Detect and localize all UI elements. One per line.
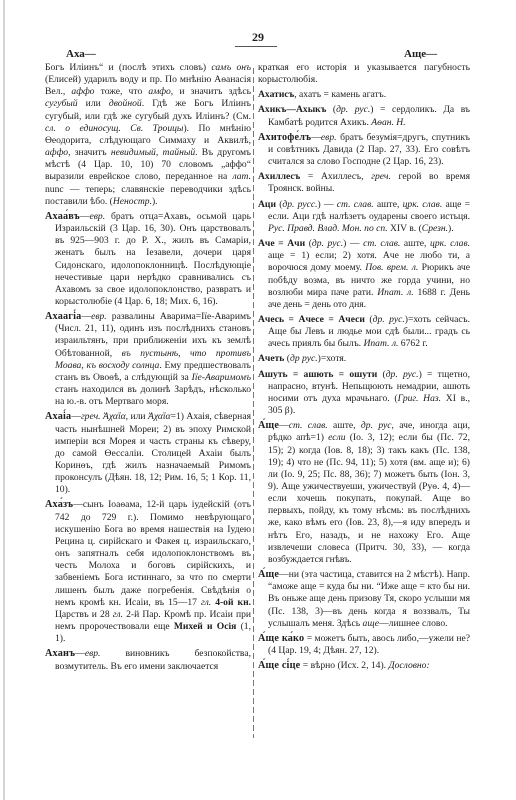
dictionary-entry: Ахаа́въ—евр. братъ отца=Ахавъ, осьмой ца… <box>45 211 251 308</box>
italic-text: др. рус. <box>336 104 370 115</box>
entry-text: XIV в. ( <box>388 223 422 234</box>
bold-text: Михей и Осія <box>174 621 237 632</box>
italic-text: сугубый <box>45 98 78 109</box>
italic-text: ст. слав. <box>337 199 374 210</box>
entry-text: ( <box>305 238 312 249</box>
entry-text: ( <box>326 104 336 115</box>
dictionary-entry: Ахаагі́а—евр. развалины Аварима=Іїе-Авар… <box>45 311 251 408</box>
page-edge <box>3 0 5 800</box>
italic-text: евр. <box>90 211 106 222</box>
headword: А́ще ка́ко <box>258 633 304 644</box>
entry-text: =1) Ахаія, сѣверная часть нынѣшней Мореи… <box>55 411 251 495</box>
entry-text: ). <box>152 196 158 207</box>
entry-text: Богъ Иліинъ“ и (послѣ этихъ словъ) <box>45 62 211 73</box>
italic-text: двойной <box>109 98 142 109</box>
italic-text: невидимый, тайный <box>111 147 195 158</box>
italic-text: аффо <box>45 147 68 158</box>
entry-text: — <box>75 648 85 659</box>
page-number-rule <box>235 46 277 47</box>
dictionary-entry: Ахикъ—Ахыкъ (др. рус.) = сердоликъ. Да в… <box>258 104 470 128</box>
entry-text: Царствъ и 28 <box>55 609 113 620</box>
entry-text: краткая его исторія и указывается пагубн… <box>258 62 470 85</box>
italic-text: др. рус. <box>386 369 419 380</box>
dictionary-entry: Ахитофе́лъ—евр. братъ безумія=другъ, спу… <box>258 132 470 168</box>
left-column: Богъ Иліинъ“ и (послѣ этихъ словъ) самъ … <box>45 62 251 673</box>
dictionary-entry: Ахиллесъ = Ахиллесъ, греч. герой во врем… <box>258 171 470 195</box>
headword: Аче = Ачи <box>258 238 305 249</box>
dictionary-entry: А́ще сі́це = вѣрно (Исх. 2, 14). Дословн… <box>258 660 470 672</box>
entry-text: 6762 г. <box>398 338 427 349</box>
headword: Аха́зъ <box>45 499 73 510</box>
dictionary-entry: А́ще—ст. слав. аште, др. рус, аче, иногд… <box>258 420 470 566</box>
entry-text: — <box>81 311 91 322</box>
italic-text: сл. о единосущ. Св. Троицы <box>45 123 183 134</box>
dictionary-entry: Аха́зъ—сынъ Іоаѳама, 12-й царь іудейскій… <box>45 499 251 645</box>
entry-text: —лишнее слово. <box>379 618 447 629</box>
italic-text: Аѳан. Н. <box>371 117 405 128</box>
italic-text: если <box>328 432 345 443</box>
dictionary-entry: Ачеть (др рус.)=хотя. <box>258 353 470 365</box>
headword: А́ще <box>258 420 279 431</box>
italic-text: гл. <box>201 597 211 608</box>
dictionary-entry: Аханъ—евр. виновникъ безпокойства, возму… <box>45 648 251 672</box>
entry-text: )=хотя. <box>318 353 347 364</box>
italic-text: Пов. врем. л. <box>365 262 418 273</box>
headword: Ахиллесъ <box>258 171 300 182</box>
italic-text: амфо <box>148 86 170 97</box>
headword: Аханъ <box>45 648 75 659</box>
headword: А́ще сі́це <box>258 660 300 671</box>
italic-text: евр. <box>85 648 101 659</box>
dictionary-entry: Ахаі́а—греч. Ἀχαΐα, или Ἀχαΐα=1) Ахаія, … <box>45 411 251 496</box>
italic-text: ст. слав. <box>363 238 400 249</box>
headword: Ашуть = ашють = ошути <box>258 369 377 380</box>
dictionary-entry: А́ще ка́ко = можетъ быть, авось либо,—уж… <box>258 633 470 657</box>
entry-continuation: Богъ Иліинъ“ и (послѣ этихъ словъ) самъ … <box>45 62 251 208</box>
headword: Аци <box>258 199 276 210</box>
entry-text: или <box>78 98 109 109</box>
page-number: 29 <box>0 30 516 45</box>
entry-text: ). <box>448 223 454 234</box>
italic-text: Неностр. <box>113 196 152 207</box>
dictionary-entry: Ахатисъ, ахатъ = камень агатъ. <box>258 89 470 101</box>
italic-text: Ἀχαΐα <box>148 411 171 422</box>
italic-text: греч. <box>81 411 101 422</box>
italic-text: црк. слав. <box>403 199 443 210</box>
dictionary-entry: Ашуть = ашють = ошути (др. рус.) = тщетн… <box>258 369 470 418</box>
entry-text: — <box>311 132 321 143</box>
entry-text: братъ отца=Ахавъ, осьмой царь Израильскі… <box>55 211 251 307</box>
entry-text: — <box>71 411 81 422</box>
entry-text: ( <box>365 314 373 325</box>
headword: Ачеть <box>258 353 284 364</box>
headword: Ахитофе́лъ <box>258 132 311 143</box>
headword: Ахикъ—Ахыкъ <box>258 104 326 115</box>
dictionary-entry: А́ще—ни (эта частица, ставится на 2 мѣст… <box>258 569 470 630</box>
headword: Ачесь = Ачесе = Ачеси <box>258 314 365 325</box>
entry-text: — <box>279 420 289 431</box>
italic-text: др. русс. <box>282 199 317 210</box>
entry-text: (Іо. 3, 12); если бы (Пс. 72, 15); 2) ко… <box>268 432 470 565</box>
entry-text: —ни (эта частица, ставится на 2 мѣстѣ). … <box>279 569 470 580</box>
dictionary-entry: Аци (др. русс.) — ст. слав. аште, црк. с… <box>258 199 470 235</box>
column-divider <box>253 68 254 738</box>
italic-text: Ἀχαΐα <box>103 411 126 422</box>
entry-text: аште, <box>328 420 361 431</box>
entry-text: , и значитъ здѣсь <box>171 86 251 97</box>
entry-text: тоже, что <box>94 86 148 97</box>
entry-text: = вѣрно (Исх. 2, 14). <box>300 660 388 671</box>
italic-text: др. рус <box>361 420 392 431</box>
italic-text: самъ онъ <box>211 62 251 73</box>
italic-text: др. рус. <box>373 314 405 325</box>
italic-text: греч. <box>371 171 391 182</box>
entry-text: ) — <box>318 199 337 210</box>
entry-text: , значитъ <box>68 147 111 158</box>
italic-text: евр. <box>321 132 337 143</box>
dictionary-entry: Аче = Ачи (др. рус.) — ст. слав. аште, ц… <box>258 238 470 311</box>
headword: Ахаі́а <box>45 411 71 422</box>
entry-continuation: краткая его исторія и указывается пагубн… <box>258 62 470 86</box>
entry-text: аште, <box>400 238 430 249</box>
headword: А́ще <box>258 569 279 580</box>
entry-text: ( <box>377 369 385 380</box>
italic-text: лат. <box>232 171 251 182</box>
italic-text: Рус. Правд. Влад. Мон. по сп. <box>268 223 388 234</box>
entry-text: , ахатъ = камень агатъ. <box>294 89 386 100</box>
entry-text: ) — <box>343 238 363 249</box>
dictionary-entry: Ачесь = Ачесе = Ачеси (др. рус.)=хоть се… <box>258 314 470 350</box>
italic-text: ст. слав. <box>289 420 328 431</box>
running-head-left: Аха— <box>66 48 96 60</box>
entry-text: — <box>80 211 90 222</box>
bold-text: 4-ой кн. <box>215 597 251 608</box>
italic-text: др. рус. <box>312 238 343 249</box>
headword: Ахаагі́а <box>45 311 81 322</box>
entry-text: , или <box>126 411 148 422</box>
italic-text: Ипат. л. <box>377 287 413 298</box>
italic-text: аффо <box>71 86 94 97</box>
italic-text: др рус. <box>290 353 318 364</box>
entry-text: = Ахиллесъ, <box>300 171 371 182</box>
headword: Ахаа́въ <box>45 211 80 222</box>
italic-text: Дословно: <box>388 660 429 671</box>
italic-text: аще <box>363 618 380 629</box>
italic-text: евр. <box>91 311 107 322</box>
italic-text: Іїе-Аваримомъ <box>192 372 251 383</box>
italic-text: гл. <box>113 609 123 620</box>
headword: Ахатисъ <box>258 89 294 100</box>
entry-text: —сынъ Іоаѳама, 12-й царь іудейскій (отъ … <box>55 499 251 607</box>
italic-text: Срезн. <box>422 223 448 234</box>
italic-text: црк. слав. <box>430 238 470 249</box>
entry-text: станъ находился въ долинѣ Зарѣдъ, нѣскол… <box>55 384 251 407</box>
entry-text: аште, <box>374 199 403 210</box>
italic-text: Григ. Наз. <box>398 393 441 404</box>
italic-text: Ипат. л. <box>363 338 398 349</box>
running-head-right: Аще— <box>404 48 437 60</box>
right-column: краткая его исторія и указывается пагубн… <box>258 62 470 672</box>
